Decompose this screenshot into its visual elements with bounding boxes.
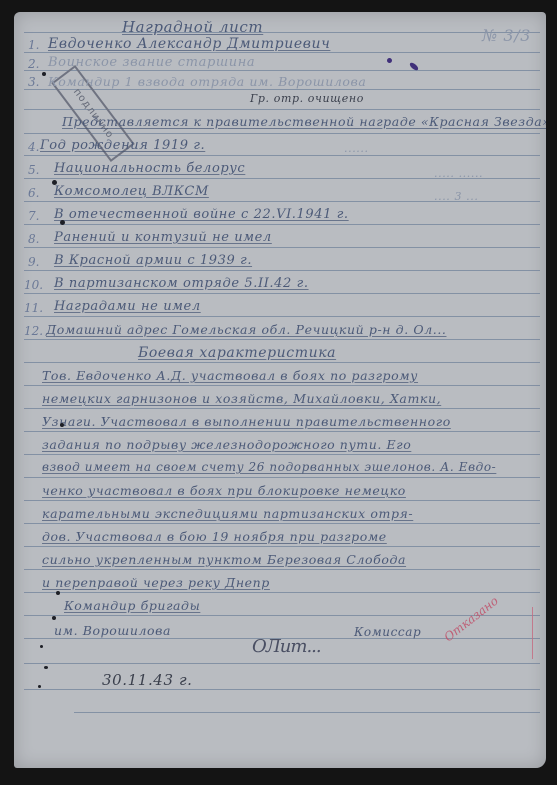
ink-dot [52, 180, 57, 185]
ruled-line [24, 270, 540, 271]
field-awards: Наградами не имел [54, 299, 201, 314]
ruled-line [24, 70, 540, 71]
ruled-line [24, 523, 540, 524]
combat-text-line: взвод имеет на своем счету 26 подорванны… [42, 460, 496, 474]
ruled-line [24, 431, 540, 432]
field-number: 6. [28, 186, 39, 200]
combat-text-line: немецких гарнизонов и хозяйств, Михайлов… [42, 391, 441, 406]
field-nationality: Национальность белорус [54, 161, 245, 176]
signature-title-line1: Командир бригады [64, 598, 200, 613]
ink-dot [56, 591, 60, 595]
field-name: Евдоченко Александр Дмитриевич [48, 36, 330, 52]
ruled-line [24, 569, 540, 570]
ruled-line [24, 408, 540, 409]
combat-text-line: дов. Участвовал в бою 19 ноября при разг… [42, 529, 387, 544]
field-party: Комсомолец ВЛКСМ [54, 184, 209, 199]
field-home-address: Домашний адрес Гомельская обл. Речицкий … [46, 322, 446, 337]
ruled-line [24, 247, 540, 248]
field-number: 4. [28, 140, 39, 154]
ink-dot [60, 423, 64, 427]
margin-note: ..... ...... [434, 167, 483, 180]
handwritten-signature: ОЛит... [252, 636, 321, 657]
ink-blot [386, 57, 393, 64]
ruled-line [24, 477, 540, 478]
ruled-line [24, 32, 540, 33]
ruled-line [24, 155, 540, 156]
ink-dot [42, 72, 46, 76]
red-pencil-annotation: Отказано [442, 594, 501, 645]
ruled-line [24, 89, 540, 90]
margin-note: ...... [344, 142, 369, 155]
ruled-line [24, 546, 540, 547]
red-pencil-mark [532, 607, 533, 659]
field-rank: Воинское звание старшина [48, 55, 255, 70]
field-partisan-unit: В партизанском отряде 5.II.42 г. [54, 276, 309, 291]
document-date: 30.11.43 г. [102, 671, 193, 689]
ruled-line [24, 663, 540, 664]
document-title: Наградной лист [122, 18, 263, 36]
ruled-line [24, 362, 540, 363]
field-birth-year: Год рождения 1919 г. [40, 138, 205, 153]
combat-text-line: Тов. Евдоченко А.Д. участвовал в боях по… [42, 368, 418, 383]
ruled-line [24, 316, 540, 317]
ruled-line [24, 454, 540, 455]
field-number: 2. [28, 57, 39, 71]
margin-note-header: Гр. отр. очищено [250, 92, 364, 105]
field-position: Командир 1 взвода отряда им. Ворошилова [48, 74, 366, 89]
field-war-service: В отечественной войне с 22.VI.1941 г. [54, 207, 349, 222]
award-sheet-paper: Наградной лист № 3/3 подлинно 1. Евдочен… [14, 12, 546, 768]
combat-text-line: Узнаги. Участвовал в выполнении правител… [42, 414, 451, 429]
ink-dot [44, 666, 48, 669]
ruled-line [24, 592, 540, 593]
combat-text-line: задания по подрыву железнодорожного пути… [42, 437, 411, 452]
ruled-line [24, 339, 540, 340]
margin-note: .... 3 ... [434, 190, 478, 203]
combat-text-line: и переправой через реку Днепр [42, 575, 270, 590]
field-number: 9. [28, 255, 39, 269]
corner-number: № 3/3 [482, 26, 531, 45]
field-number: 5. [28, 163, 39, 177]
ink-dot [38, 685, 41, 688]
ruled-line [24, 500, 540, 501]
field-number: 1. [28, 38, 39, 52]
ink-dot [40, 645, 43, 648]
ruled-line [24, 293, 540, 294]
nomination-line: Представляется к правительственной награ… [62, 114, 546, 129]
ruled-line [24, 52, 540, 53]
field-number: 11. [24, 301, 43, 315]
ruled-line [24, 224, 540, 225]
signature-title-line2: им. Ворошилова [54, 623, 171, 638]
ink-dot [52, 616, 56, 620]
combat-text-line: ченко участвовал в боях при блокировке н… [42, 483, 406, 498]
section-heading: Боевая характеристика [138, 345, 336, 361]
field-number: 12. [24, 324, 43, 338]
field-number: 7. [28, 209, 39, 223]
combat-text-line: сильно укрепленным пунктом Березовая Сло… [42, 552, 406, 567]
signer-role: Комиссар [354, 625, 421, 639]
field-number: 10. [24, 278, 43, 292]
ruled-line [24, 385, 540, 386]
ink-dot [60, 220, 65, 225]
field-number: 3. [28, 75, 39, 89]
field-wounds: Ранений и контузий не имел [54, 230, 272, 245]
ruled-line [24, 689, 540, 690]
ruled-line [74, 712, 540, 713]
field-number: 8. [28, 232, 39, 246]
combat-text-line: карательными экспедициями партизанских о… [42, 506, 413, 521]
field-red-army: В Красной армии с 1939 г. [54, 253, 252, 268]
